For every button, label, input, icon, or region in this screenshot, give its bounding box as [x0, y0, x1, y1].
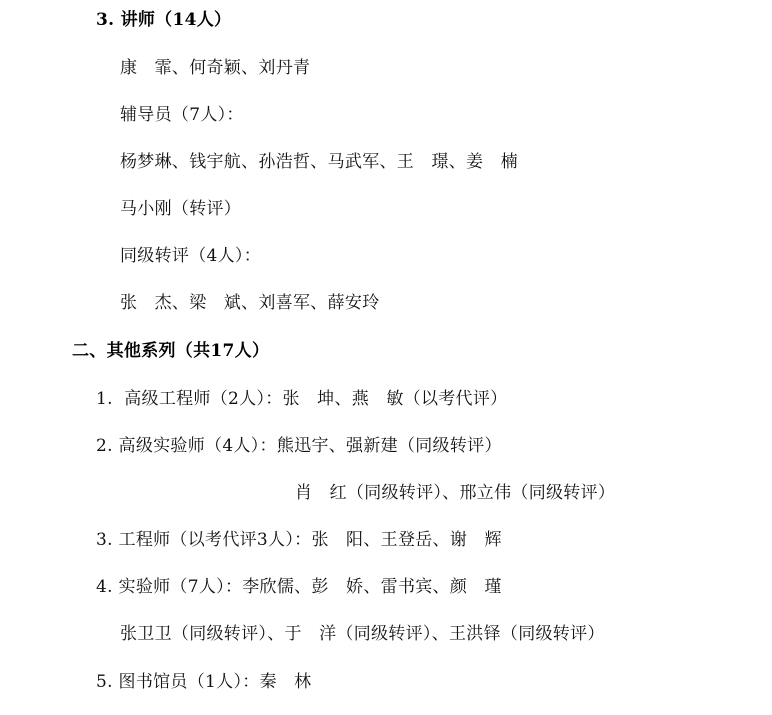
- list-item-librarian: 5. 图书馆员（1人）：秦 林: [96, 669, 311, 695]
- list-item-senior-engineer: 1. 高级工程师（2人）：张 坤、燕 敏（以考代评）: [96, 386, 507, 412]
- counselor-label: 辅导员（7人）：: [120, 102, 244, 128]
- list-item-lab-technician-continuation: 张卫卫（同级转评）、于 洋（同级转评）、王洪铎（同级转评）: [120, 621, 605, 647]
- counselor-names: 杨梦琳、钱宇航、孙浩哲、马武军、王 璟、姜 楠: [120, 149, 518, 175]
- list-item-lab-technician: 4. 实验师（7人）：李欣儒、彭 娇、雷书宾、颜 瑾: [96, 574, 502, 600]
- same-level-names: 张 杰、梁 斌、刘喜军、薛安玲: [120, 290, 380, 316]
- section-heading-lecturer: 3. 讲师（14人）: [96, 7, 231, 33]
- lecturer-names: 康 霏、何奇颖、刘丹青: [120, 55, 310, 81]
- list-item-senior-lab-technician: 2. 高级实验师（4人）：熊迅宇、强新建（同级转评）: [96, 433, 502, 459]
- list-item-senior-lab-technician-continuation: 肖 红（同级转评）、邢立伟（同级转评）: [295, 480, 615, 506]
- section-heading-other-series: 二、其他系列（共17人）: [72, 338, 269, 364]
- transfer-name: 马小刚（转评）: [120, 196, 241, 222]
- list-item-engineer: 3. 工程师（以考代评3人）：张 阳、王登岳、谢 辉: [96, 527, 502, 553]
- same-level-label: 同级转评（4人）：: [120, 243, 261, 269]
